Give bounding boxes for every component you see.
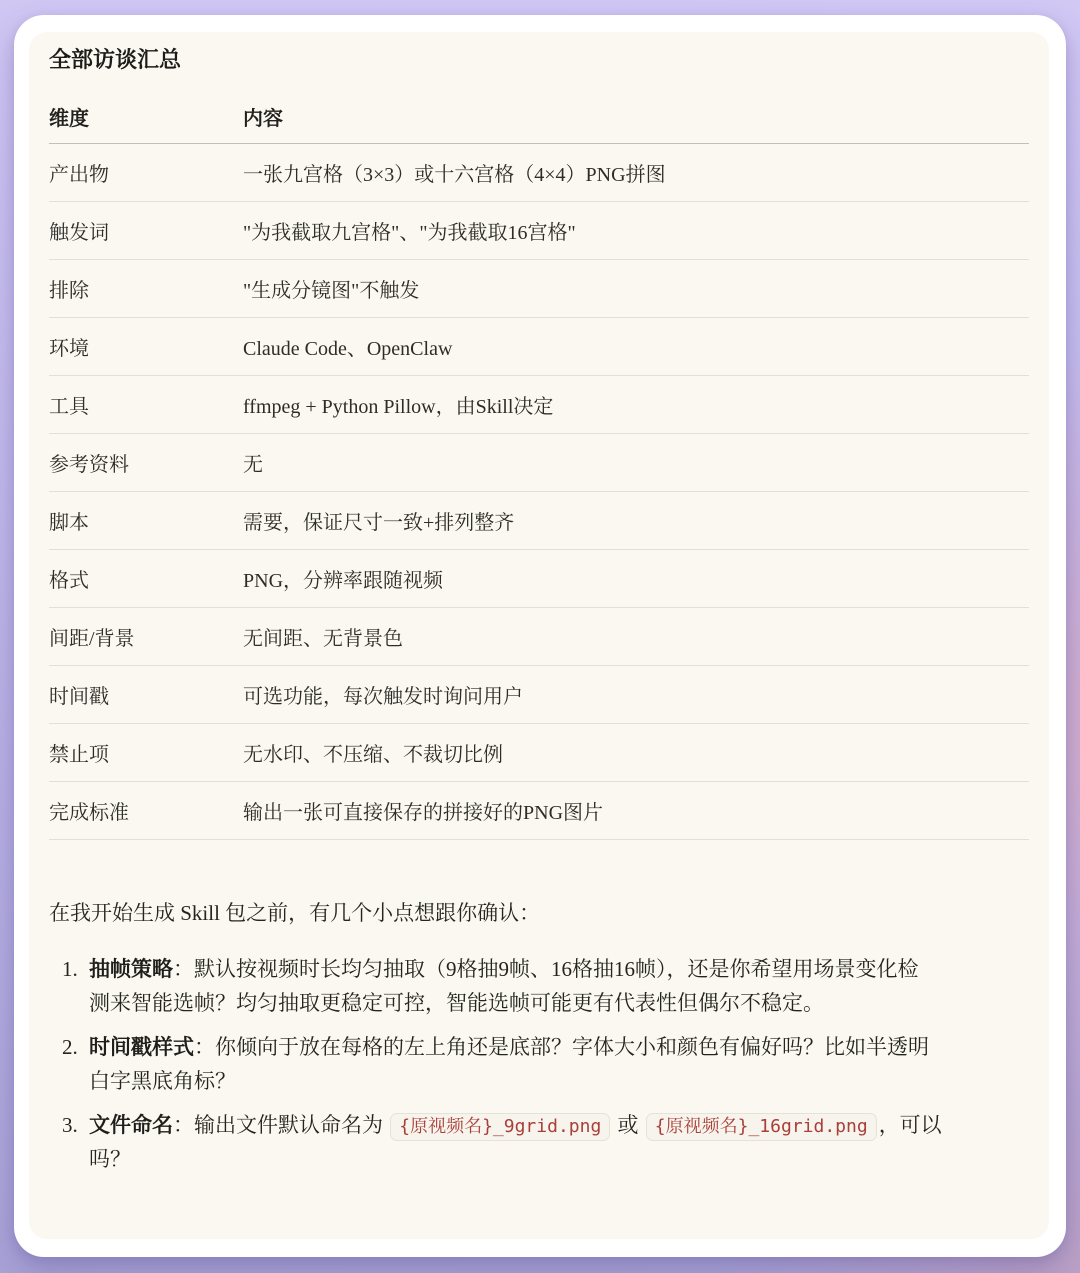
table-row: 间距/背景无间距、无背景色 <box>49 608 1029 666</box>
question-number: 1. <box>62 952 78 986</box>
content-cell: "生成分镜图"不触发 <box>243 274 1029 303</box>
table-row: 参考资料无 <box>49 434 1029 492</box>
dimension-cell: 完成标准 <box>49 796 243 825</box>
content-cell: 需要，保证尺寸一致+排列整齐 <box>243 506 1029 535</box>
question-number: 2. <box>62 1030 78 1064</box>
dimension-cell: 触发词 <box>49 216 243 245</box>
dimension-cell: 参考资料 <box>49 448 243 477</box>
summary-table: 维度 内容 产出物一张九宫格（3×3）或十六宫格（4×4）PNG拼图触发词"为我… <box>49 91 1029 840</box>
table-body: 产出物一张九宫格（3×3）或十六宫格（4×4）PNG拼图触发词"为我截取九宫格"… <box>49 144 1029 840</box>
content-cell: 无间距、无背景色 <box>243 622 1029 651</box>
dimension-cell: 产出物 <box>49 158 243 187</box>
content-panel: 全部访谈汇总 维度 内容 产出物一张九宫格（3×3）或十六宫格（4×4）PNG拼… <box>29 32 1049 1239</box>
intro-paragraph: 在我开始生成 Skill 包之前，有几个小点想跟你确认： <box>49 896 1029 930</box>
column-header-dimension: 维度 <box>49 107 243 131</box>
table-row: 工具ffmpeg + Python Pillow，由Skill决定 <box>49 376 1029 434</box>
dimension-cell: 脚本 <box>49 506 243 535</box>
question-item: 1.抽帧策略：默认按视频时长均匀抽取（9格抽9帧、16格抽16帧），还是你希望用… <box>49 952 1029 1020</box>
question-item: 2.时间戳样式：你倾向于放在每格的左上角还是底部？字体大小和颜色有偏好吗？比如半… <box>49 1030 1029 1098</box>
page: { "theme": { "background_top": "#d1c8f4"… <box>0 0 1080 1273</box>
dimension-cell: 禁止项 <box>49 738 243 767</box>
content-cell: 一张九宫格（3×3）或十六宫格（4×4）PNG拼图 <box>243 158 1029 187</box>
inline-code: {原视频名}_16grid.png <box>646 1113 877 1141</box>
dimension-cell: 时间戳 <box>49 680 243 709</box>
table-row: 环境Claude Code、OpenClaw <box>49 318 1029 376</box>
question-term: 时间戳样式 <box>89 1035 194 1059</box>
content-cell: 无 <box>243 448 1029 477</box>
table-row: 产出物一张九宫格（3×3）或十六宫格（4×4）PNG拼图 <box>49 144 1029 202</box>
dimension-cell: 排除 <box>49 274 243 303</box>
message-card: 全部访谈汇总 维度 内容 产出物一张九宫格（3×3）或十六宫格（4×4）PNG拼… <box>14 15 1066 1257</box>
table-row: 时间戳可选功能，每次触发时询问用户 <box>49 666 1029 724</box>
table-row: 脚本需要，保证尺寸一致+排列整齐 <box>49 492 1029 550</box>
question-item: 3.文件命名：输出文件默认命名为 {原视频名}_9grid.png 或 {原视频… <box>49 1108 1029 1176</box>
question-term: 抽帧策略 <box>89 957 173 981</box>
content-cell: ffmpeg + Python Pillow，由Skill决定 <box>243 390 1029 419</box>
content-cell: 输出一张可直接保存的拼接好的PNG图片 <box>243 796 1029 825</box>
panel-title: 全部访谈汇总 <box>49 47 1029 73</box>
content-cell: PNG，分辨率跟随视频 <box>243 564 1029 593</box>
dimension-cell: 工具 <box>49 390 243 419</box>
column-header-content: 内容 <box>243 107 1029 131</box>
dimension-cell: 间距/背景 <box>49 622 243 651</box>
content-cell: "为我截取九宫格"、"为我截取16宫格" <box>243 216 1029 245</box>
content-cell: 可选功能，每次触发时询问用户 <box>243 680 1029 709</box>
question-number: 3. <box>62 1108 78 1142</box>
table-row: 格式PNG，分辨率跟随视频 <box>49 550 1029 608</box>
dimension-cell: 格式 <box>49 564 243 593</box>
table-row: 触发词"为我截取九宫格"、"为我截取16宫格" <box>49 202 1029 260</box>
question-list: 1.抽帧策略：默认按视频时长均匀抽取（9格抽9帧、16格抽16帧），还是你希望用… <box>49 952 1029 1176</box>
question-term: 文件命名 <box>89 1113 173 1137</box>
dimension-cell: 环境 <box>49 332 243 361</box>
table-header-row: 维度 内容 <box>49 91 1029 144</box>
table-row: 禁止项无水印、不压缩、不裁切比例 <box>49 724 1029 782</box>
table-row: 完成标准输出一张可直接保存的拼接好的PNG图片 <box>49 782 1029 840</box>
content-cell: Claude Code、OpenClaw <box>243 332 1029 361</box>
content-cell: 无水印、不压缩、不裁切比例 <box>243 738 1029 767</box>
inline-code: {原视频名}_9grid.png <box>390 1113 610 1141</box>
table-row: 排除"生成分镜图"不触发 <box>49 260 1029 318</box>
